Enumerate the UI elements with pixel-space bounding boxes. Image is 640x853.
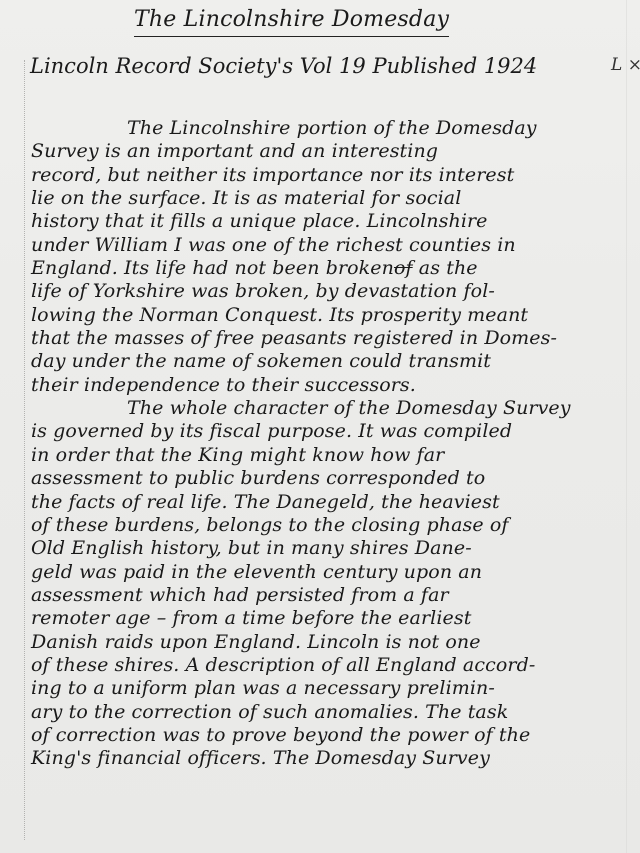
text-line: the facts of real life. The Danegeld, th… xyxy=(31,491,621,514)
text-line: King's financial officers. The Domesday … xyxy=(31,747,621,770)
struck-text: of xyxy=(394,257,413,279)
text-line: lowing the Norman Conquest. Its prosperi… xyxy=(31,304,621,327)
text-line: Danish raids upon England. Lincoln is no… xyxy=(31,631,621,654)
document-subtitle: Lincoln Record Society's Vol 19 Publishe… xyxy=(30,52,537,80)
text-line: ing to a uniform plan was a necessary pr… xyxy=(31,677,621,700)
text-line: of correction was to prove beyond the po… xyxy=(31,724,621,747)
text-line: of these shires. A description of all En… xyxy=(31,654,621,677)
text-line: ary to the correction of such anomalies.… xyxy=(31,701,621,724)
text-line: of these burdens, belongs to the closing… xyxy=(31,514,621,537)
handwritten-page: The Lincolnshire Domesday Lincoln Record… xyxy=(0,0,640,853)
margin-annotation: L × xyxy=(611,55,640,75)
text-line: day under the name of sokemen could tran… xyxy=(31,350,621,373)
text-line: life of Yorkshire was broken, by devasta… xyxy=(31,280,621,303)
text-line: history that it fills a unique place. Li… xyxy=(31,210,621,233)
text-line: is governed by its fiscal purpose. It wa… xyxy=(31,420,621,443)
text-line: geld was paid in the eleventh century up… xyxy=(31,561,621,584)
text-line: The whole character of the Domesday Surv… xyxy=(31,397,621,420)
text-line: remoter age – from a time before the ear… xyxy=(31,607,621,630)
text-line: The Lincolnshire portion of the Domesday xyxy=(31,117,621,140)
text-line: their independence to their successors. xyxy=(31,374,621,397)
text-line: assessment which had persisted from a fa… xyxy=(31,584,621,607)
text-line: lie on the surface. It is as material fo… xyxy=(31,187,621,210)
text-line: assessment to public burdens corresponde… xyxy=(31,467,621,490)
text-line: record, but neither its importance nor i… xyxy=(31,164,621,187)
document-body: The Lincolnshire portion of the Domesday… xyxy=(31,117,621,771)
text-line: that the masses of free peasants registe… xyxy=(31,327,621,350)
page-edge xyxy=(626,0,627,853)
document-title: The Lincolnshire Domesday xyxy=(134,6,449,37)
text-line: England. Its life had not been brokenof … xyxy=(31,257,621,280)
text-line: in order that the King might know how fa… xyxy=(31,444,621,467)
margin-dotted-line xyxy=(24,60,25,840)
text-line: Old English history, but in many shires … xyxy=(31,537,621,560)
text-line: under William I was one of the richest c… xyxy=(31,234,621,257)
text-line: Survey is an important and an interestin… xyxy=(31,140,621,163)
